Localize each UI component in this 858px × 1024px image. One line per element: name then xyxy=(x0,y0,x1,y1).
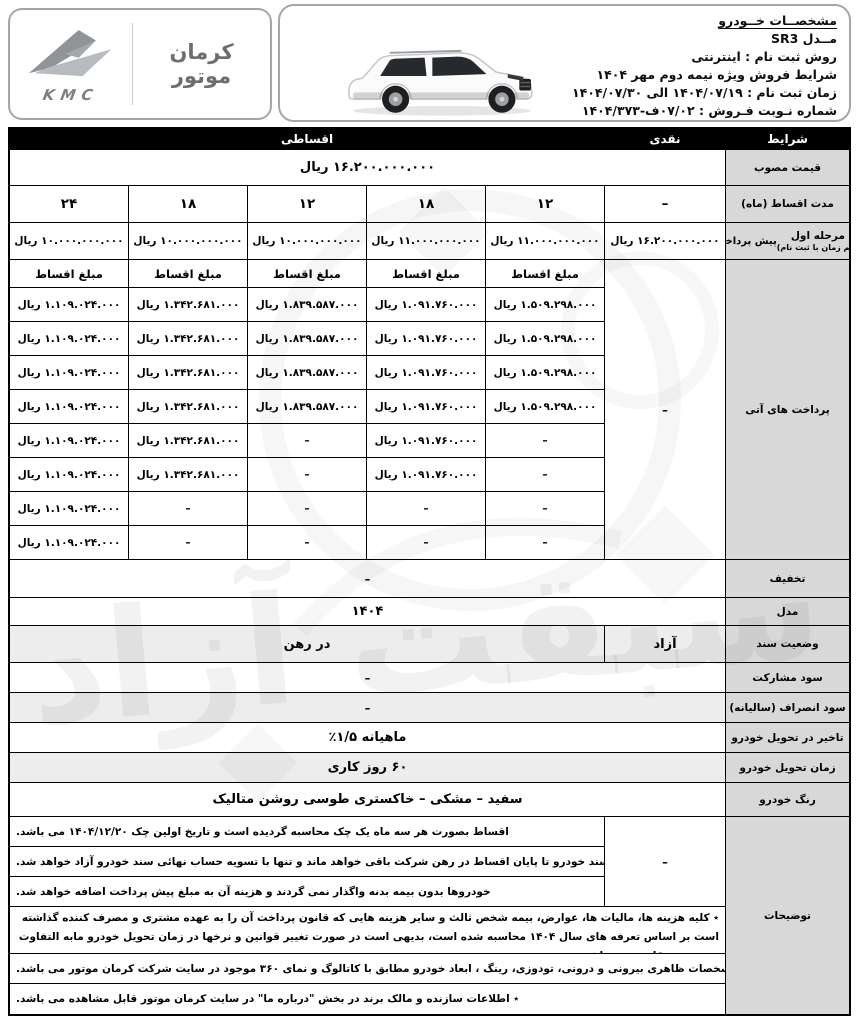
approved-price-value: ۱۶.۲۰۰.۰۰۰.۰۰۰ ریال xyxy=(10,150,725,185)
installment-cell: ۱.۰۹۱.۷۶۰.۰۰۰ ریال xyxy=(367,458,485,491)
row-label-cancellation-profit: سود انصراف (سالیانه) xyxy=(726,693,849,722)
installment-cell: ۱.۸۳۹.۵۸۷.۰۰۰ ریال xyxy=(248,322,366,355)
installment-cell: ۱.۰۹۱.۷۶۰.۰۰۰ ریال xyxy=(367,356,485,389)
price-sheet-page: KMC کرمان موتور مشخصــات خــودرو xyxy=(0,0,858,1024)
delivery-time-value: ۶۰ روز کاری xyxy=(10,753,725,782)
row-label-participation-profit: سود مشارکت xyxy=(726,663,849,692)
installment-cell: ۱.۱۰۹.۰۲۴.۰۰۰ ریال xyxy=(10,492,128,525)
car-color-value: سفید – مشکی – خاکستری طوسی روشن متالیک xyxy=(10,783,725,816)
logo-divider xyxy=(132,23,133,105)
amount-header-cell: مبلغ اقساط xyxy=(129,260,247,287)
duration-cash-cell: – xyxy=(605,186,725,222)
document-status-installment: در رهن xyxy=(10,626,604,662)
installment-cell: ۱.۵۰۹.۲۹۸.۰۰۰ ریال xyxy=(486,288,604,321)
installment-cell: – xyxy=(248,458,366,491)
header-installment: اقساطی xyxy=(10,129,604,149)
installment-cell: – xyxy=(248,526,366,559)
price-table: اقساطی نقدی شرایط ۱۶.۲۰۰.۰۰۰.۰۰۰ ریال قی… xyxy=(8,127,851,1016)
spec-model: مــدل SR3 xyxy=(572,30,837,48)
header-cash: نقدی xyxy=(605,129,725,149)
note-row: اقساط بصورت هر سه ماه یک چک محاسبه گردید… xyxy=(10,817,604,846)
row-label-car-color: رنگ خودرو xyxy=(726,783,849,816)
installment-cell: – xyxy=(367,492,485,525)
down-payment-cell: ۱۰.۰۰۰.۰۰۰.۰۰۰ ریال xyxy=(10,223,128,259)
installment-cell: ۱.۱۰۹.۰۲۴.۰۰۰ ریال xyxy=(10,458,128,491)
down-payment-cash-cell: ۱۶.۲۰۰.۰۰۰.۰۰۰ ریال xyxy=(605,223,725,259)
installment-cell: ۱.۳۴۲.۶۸۱.۰۰۰ ریال xyxy=(129,322,247,355)
vehicle-specs: مشخصــات خــودرو مــدل SR3 روش ثبت نام :… xyxy=(572,12,837,120)
down-payment-stage: مرحله اول (هم زمان با ثبت نام) xyxy=(777,223,849,259)
installment-cell: ۱.۰۹۱.۷۶۰.۰۰۰ ریال xyxy=(367,288,485,321)
vehicle-info-box: مشخصــات خــودرو مــدل SR3 روش ثبت نام :… xyxy=(278,4,851,122)
installment-cell: ۱.۱۰۹.۰۲۴.۰۰۰ ریال xyxy=(10,526,128,559)
note-row: ٭ کلیه هزینه ها، مالیات ها، عوارض، بیمه … xyxy=(10,907,725,953)
installment-cell: ۱.۵۰۹.۲۹۸.۰۰۰ ریال xyxy=(486,356,604,389)
installment-cell: ۱.۵۰۹.۲۹۸.۰۰۰ ریال xyxy=(486,390,604,423)
notes-cash-cell: – xyxy=(605,817,725,906)
spec-registration-method: روش ثبت نام : اینترنتی xyxy=(572,48,837,66)
installment-cell: ۱.۳۴۲.۶۸۱.۰۰۰ ریال xyxy=(129,424,247,457)
installment-cell: ۱.۳۴۲.۶۸۱.۰۰۰ ریال xyxy=(129,356,247,389)
note-row: خودروها بدون بیمه بدنه واگذار نمی گردند … xyxy=(10,877,604,906)
row-label-discount: تخفیف xyxy=(726,560,849,597)
spec-registration-period: زمان ثبت نام : ۱۴۰۴/۰۷/۱۹ الی ۱۴۰۴/۰۷/۳۰ xyxy=(572,84,837,102)
spec-sale-terms: شرایط فروش ویژه نیمه دوم مهر ۱۴۰۴ xyxy=(572,66,837,84)
installment-cell: – xyxy=(129,492,247,525)
installment-cell: ۱.۱۰۹.۰۲۴.۰۰۰ ریال xyxy=(10,390,128,423)
amount-header-cell: مبلغ اقساط xyxy=(486,260,604,287)
brand-logo-box: KMC کرمان موتور xyxy=(8,8,272,120)
amount-header-cell: مبلغ اقساط xyxy=(367,260,485,287)
installment-cell: ۱.۰۹۱.۷۶۰.۰۰۰ ریال xyxy=(367,390,485,423)
installment-cell: – xyxy=(248,424,366,457)
down-payment-label: پیش پرداخت xyxy=(726,223,777,259)
cancellation-profit-value: – xyxy=(10,693,725,722)
payments-cash-cell: – xyxy=(605,260,725,559)
note-row: ٭ اطلاعات سازنده و مالک برند در بخش "درب… xyxy=(10,984,725,1014)
installment-cell: ۱.۱۰۹.۰۲۴.۰۰۰ ریال xyxy=(10,288,128,321)
installment-cell: ۱.۳۴۲.۶۸۱.۰۰۰ ریال xyxy=(129,288,247,321)
kmc-swoosh-icon xyxy=(23,25,119,83)
stage-label: مرحله اول xyxy=(791,230,845,242)
row-label-future-payments: پرداخت های آتی xyxy=(726,260,849,559)
header-conditions: شرایط xyxy=(726,129,849,149)
duration-cell: ۱۲ xyxy=(486,186,604,222)
installment-cell: ۱.۵۰۹.۲۹۸.۰۰۰ ریال xyxy=(486,322,604,355)
installment-cell: ۱.۱۰۹.۰۲۴.۰۰۰ ریال xyxy=(10,356,128,389)
installment-cell: – xyxy=(129,526,247,559)
installment-cell: – xyxy=(367,526,485,559)
down-payment-cell: ۱۰.۰۰۰.۰۰۰.۰۰۰ ریال xyxy=(248,223,366,259)
row-label-down-payment: مرحله اول (هم زمان با ثبت نام) پیش پرداخ… xyxy=(726,223,849,259)
row-label-document-status: وضعیت سند xyxy=(726,626,849,662)
duration-cell: ۲۴ xyxy=(10,186,128,222)
car-photo xyxy=(326,33,558,119)
note-row: سند خودرو تا پایان اقساط در رهن شرکت باق… xyxy=(10,847,604,876)
spec-sale-turn-number: شماره نـوبت فـروش : ۰۷/۰۲ف-۱۴۰۴/۳۷۳ xyxy=(572,102,837,120)
installment-cell: ۱.۰۹۱.۷۶۰.۰۰۰ ریال xyxy=(367,322,485,355)
installment-cell: – xyxy=(486,424,604,457)
duration-cell: ۱۲ xyxy=(248,186,366,222)
installment-cell: ۱.۰۹۱.۷۶۰.۰۰۰ ریال xyxy=(367,424,485,457)
down-payment-cell: ۱۰.۰۰۰.۰۰۰.۰۰۰ ریال xyxy=(129,223,247,259)
down-payment-cell: ۱۱.۰۰۰.۰۰۰.۰۰۰ ریال xyxy=(367,223,485,259)
installment-cell: ۱.۳۴۲.۶۸۱.۰۰۰ ریال xyxy=(129,390,247,423)
row-label-model: مدل xyxy=(726,598,849,625)
row-label-duration: مدت اقساط (ماه) xyxy=(726,186,849,222)
brand-logo: KMC xyxy=(20,25,122,104)
document-status-cash: آزاد xyxy=(605,626,725,662)
installment-cell: ۱.۸۳۹.۵۸۷.۰۰۰ ریال xyxy=(248,288,366,321)
note-row: ٭ مشخصات فنی ، آپشنهای خودرو، مشخصات ظاه… xyxy=(10,954,725,983)
installment-cell: – xyxy=(486,526,604,559)
row-label-approved-price: قیمت مصوب xyxy=(726,150,849,185)
header: KMC کرمان موتور مشخصــات خــودرو xyxy=(8,4,851,122)
row-label-delivery-delay: تاخیر در تحویل خودرو xyxy=(726,723,849,752)
participation-profit-value: – xyxy=(10,663,725,692)
duration-cell: ۱۸ xyxy=(129,186,247,222)
model-year-value: ۱۴۰۴ xyxy=(10,598,725,625)
brand-name-fa: کرمان موتور xyxy=(143,40,260,88)
installment-cell: – xyxy=(486,458,604,491)
stage-sublabel: (هم زمان با ثبت نام) xyxy=(777,243,849,252)
installment-cell: ۱.۸۳۹.۵۸۷.۰۰۰ ریال xyxy=(248,356,366,389)
specs-title: مشخصــات خــودرو xyxy=(572,12,837,30)
installment-cell: – xyxy=(486,492,604,525)
duration-cell: ۱۸ xyxy=(367,186,485,222)
installment-cell: ۱.۱۰۹.۰۲۴.۰۰۰ ریال xyxy=(10,424,128,457)
down-payment-cell: ۱۱.۰۰۰.۰۰۰.۰۰۰ ریال xyxy=(486,223,604,259)
installment-cell: ۱.۳۴۲.۶۸۱.۰۰۰ ریال xyxy=(129,458,247,491)
brand-kmc-text: KMC xyxy=(42,86,101,104)
discount-value: – xyxy=(10,560,725,597)
installment-cell: – xyxy=(248,492,366,525)
amount-header-cell: مبلغ اقساط xyxy=(248,260,366,287)
row-label-delivery-time: زمان تحویل خودرو xyxy=(726,753,849,782)
delivery-delay-value: ٪۱/۵ ماهیانه xyxy=(10,723,725,752)
row-label-notes: توضیحات xyxy=(726,817,849,1014)
installment-cell: ۱.۱۰۹.۰۲۴.۰۰۰ ریال xyxy=(10,322,128,355)
installment-cell: ۱.۸۳۹.۵۸۷.۰۰۰ ریال xyxy=(248,390,366,423)
amount-header-cell: مبلغ اقساط xyxy=(10,260,128,287)
